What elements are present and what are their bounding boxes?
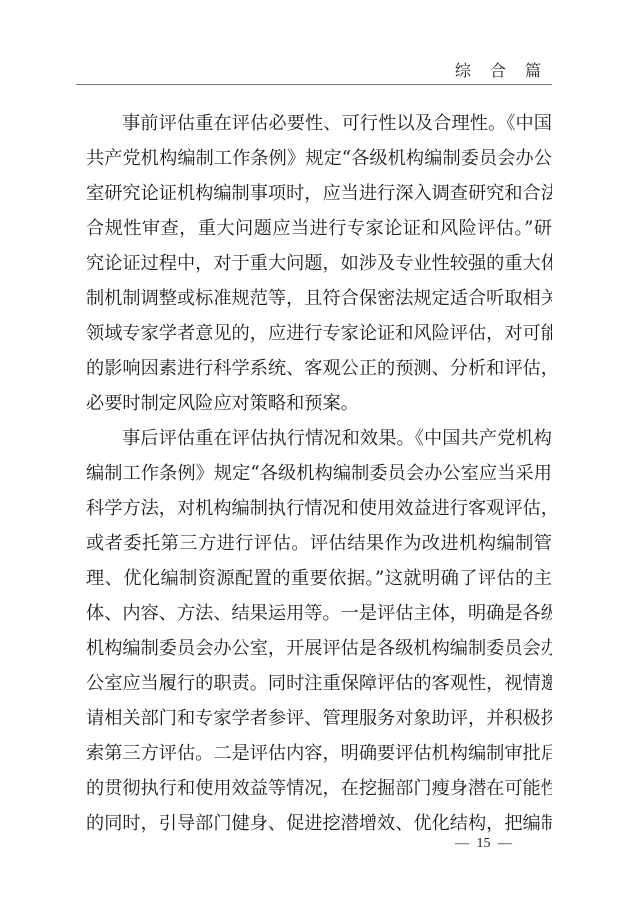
running-header: 综 合 篇	[76, 52, 552, 85]
text-line: 事前评估重在评估必要性、可行性以及合理性。《中国	[86, 106, 552, 141]
text-line: 的贯彻执行和使用效益等情况，在挖掘部门瘦身潜在可能性	[86, 771, 552, 806]
text-line: 必要时制定风险应对策略和预案。	[86, 386, 552, 421]
text-line: 合规性审查，重大问题应当进行专家论证和风险评估。”研	[86, 211, 552, 246]
text-line: 的影响因素进行科学系统、客观公正的预测、分析和评估，	[86, 351, 552, 386]
text-line: 公室应当履行的职责。同时注重保障评估的客观性，视情邀	[86, 666, 552, 701]
text-line: 究论证过程中，对于重大问题，如涉及专业性较强的重大体	[86, 246, 552, 281]
section-title: 综 合 篇	[455, 58, 548, 81]
text-line: 请相关部门和专家学者参评、管理服务对象助评，并积极探	[86, 701, 552, 736]
text-line: 索第三方评估。二是评估内容，明确要评估机构编制审批后	[86, 736, 552, 771]
text-line: 编制工作条例》规定“各级机构编制委员会办公室应当采用	[86, 456, 552, 491]
text-line: 机构编制委员会办公室，开展评估是各级机构编制委员会办	[86, 631, 552, 666]
text-line: 领域专家学者意见的，应进行专家论证和风险评估，对可能	[86, 316, 552, 351]
text-line: 科学方法，对机构编制执行情况和使用效益进行客观评估，	[86, 491, 552, 526]
text-line: 理、优化编制资源配置的重要依据。”这就明确了评估的主	[86, 561, 552, 596]
text-line: 共产党机构编制工作条例》规定“各级机构编制委员会办公	[86, 141, 552, 176]
page-number: — 15 —	[455, 836, 512, 852]
text-line: 制机制调整或标准规范等，且符合保密法规定适合听取相关	[86, 281, 552, 316]
body-text: 事前评估重在评估必要性、可行性以及合理性。《中国 共产党机构编制工作条例》规定“…	[86, 106, 552, 841]
text-line: 室研究论证机构编制事项时，应当进行深入调查研究和合法	[86, 176, 552, 211]
text-line: 或者委托第三方进行评估。评估结果作为改进机构编制管	[86, 526, 552, 561]
text-line: 事后评估重在评估执行情况和效果。《中国共产党机构	[86, 421, 552, 456]
text-line: 体、内容、方法、结果运用等。一是评估主体，明确是各级	[86, 596, 552, 631]
